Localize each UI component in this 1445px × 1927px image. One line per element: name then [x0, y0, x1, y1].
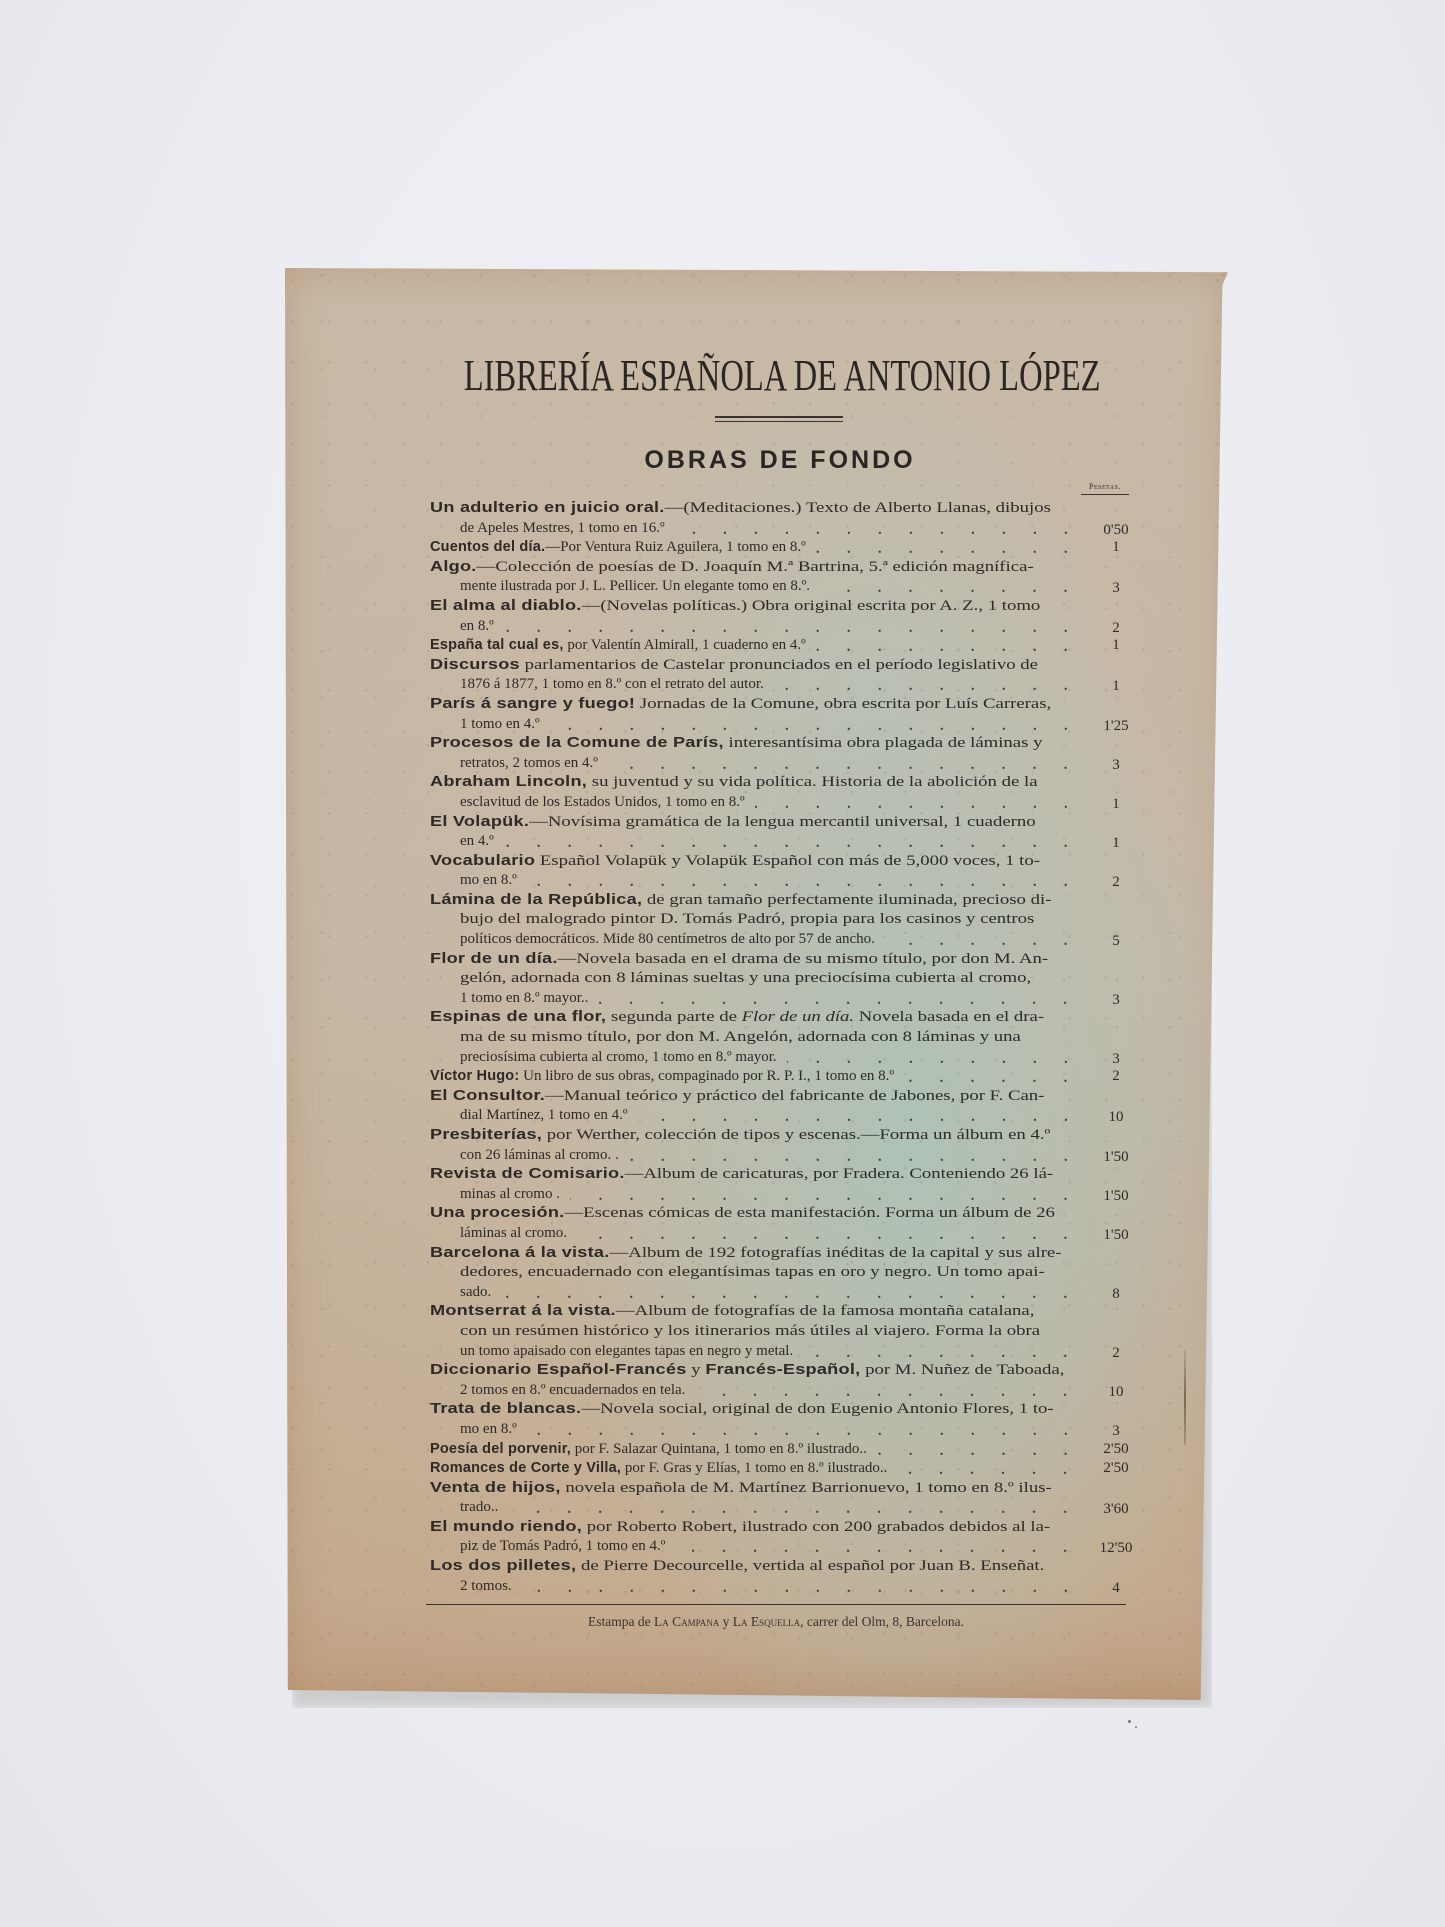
entry-continuation-line: mo en 8.º2 [430, 871, 1130, 891]
entry-description: minas al cromo . [460, 1186, 560, 1202]
entry-text: Una procesión.—Escenas cómicas de esta m… [430, 1204, 1055, 1224]
footer-publisher-2: La Esquella [733, 1614, 800, 1629]
entry-continuation-line: 1 tomo en 4.º1'25 [430, 715, 1130, 735]
entry-text: ma de su mismo título, por don M. Angeló… [460, 1028, 1021, 1048]
entry-description: bujo del malogrado pintor D. Tomás Padró… [460, 911, 1034, 927]
entry-title: El mundo riendo, [430, 1519, 582, 1535]
entry-text: Lámina de la República, de gran tamaño p… [430, 891, 1051, 911]
entry-first-line: Vocabulario Español Volapük y Volapük Es… [430, 852, 1130, 872]
catalog-entry: Trata de blancas.—Novela social, origina… [430, 1400, 1130, 1439]
entry-title: Barcelona á la vista. [430, 1245, 610, 1261]
dot-leader [508, 1498, 1078, 1518]
entry-description: segunda parte de [606, 1009, 741, 1025]
entry-text: Presbiterías, por Werther, colección de … [430, 1126, 1050, 1146]
entry-first-line: España tal cual es, por Valentín Almiral… [430, 636, 1130, 656]
entry-text: Poesía del porvenir, por F. Salazar Quin… [430, 1440, 867, 1460]
entry-text: El Volapük.—Novísima gramática de la len… [430, 813, 1036, 833]
entry-continuation-line: gelón, adornada con 8 láminas sueltas y … [430, 969, 1130, 989]
entry-title: España tal cual es, [430, 637, 564, 653]
footer-prefix: Estampa de [588, 1614, 654, 1629]
dot-leader [550, 715, 1078, 735]
entry-description: en 4.º [460, 833, 494, 849]
entry-description: por Werther, colección de tipos y escena… [542, 1127, 1050, 1143]
entry-text: retratos, 2 tomos en 4.º [460, 754, 598, 774]
entry-title: Víctor Hugo: [430, 1068, 519, 1084]
catalog-entry: El Consultor.—Manual teórico y práctico … [430, 1087, 1130, 1126]
entry-continuation-line: políticos democráticos. Mide 80 centímet… [430, 930, 1130, 950]
entry-description: dedores, encuadernado con elegantísimas … [460, 1264, 1045, 1280]
entry-title: Procesos de la Comune de París, [430, 735, 724, 751]
entry-description: con 26 láminas al cromo. . [460, 1147, 619, 1163]
dot-leader [629, 1146, 1078, 1166]
entry-text: El Consultor.—Manual teórico y práctico … [430, 1087, 1044, 1107]
dot-leader [897, 1459, 1078, 1479]
catalog-entry: Procesos de la Comune de París, interesa… [430, 734, 1130, 773]
catalog-entry: Espinas de una flor, segunda parte de Fl… [430, 1008, 1130, 1067]
entry-description: de Pierre Decourcelle, vertida al españo… [576, 1558, 1044, 1574]
entry-first-line: París á sangre y fuego! Jornadas de la C… [430, 695, 1130, 715]
entry-description: de Apeles Mestres, 1 tomo en 16.º [460, 520, 665, 536]
catalog-entry: Venta de hijos, novela española de M. Ma… [430, 1479, 1130, 1518]
entry-title: Abraham Lincoln, [430, 774, 587, 790]
entry-continuation-line: retratos, 2 tomos en 4.º3 [430, 754, 1130, 774]
entry-continuation-line: un tomo apaisado con elegantes tapas en … [430, 1342, 1130, 1362]
entry-description: Novela basada en el dra- [854, 1009, 1044, 1025]
entry-first-line: El Consultor.—Manual teórico y práctico … [430, 1087, 1130, 1107]
dot-leader [695, 1381, 1078, 1401]
entry-text: bujo del malogrado pintor D. Tomás Padró… [460, 910, 1034, 930]
entry-price: 1 [1080, 538, 1152, 558]
entry-continuation-line: esclavitud de los Estados Unidos, 1 tomo… [430, 793, 1130, 813]
catalog-list: Un adulterio en juicio oral.—(Meditacion… [430, 499, 1130, 1596]
footer-rule [426, 1604, 1126, 1605]
entry-text: Venta de hijos, novela española de M. Ma… [430, 1479, 1052, 1499]
entry-continuation-line: con un resúmen histórico y los itinerari… [430, 1322, 1130, 1342]
dot-leader [787, 1048, 1078, 1068]
entry-first-line: El mundo riendo, por Roberto Robert, ilu… [430, 1518, 1130, 1538]
entry-description: un tomo apaisado con elegantes tapas en … [460, 1343, 793, 1359]
printer-footer: Estampa de La Campana y La Esquella, car… [426, 1613, 1126, 1631]
entry-text: con un resúmen histórico y los itinerari… [460, 1322, 1040, 1342]
entry-description: piz de Tomás Padró, 1 tomo en 4.º [460, 1538, 665, 1554]
entry-continuation-line: dial Martínez, 1 tomo en 4.º10 [430, 1106, 1130, 1126]
entry-text: con 26 láminas al cromo. . [460, 1146, 619, 1166]
entry-description: Un libro de sus obras, compaginado por R… [519, 1068, 894, 1084]
entry-text: trado.. [460, 1498, 498, 1518]
entry-description: trado.. [460, 1499, 498, 1515]
entry-description: —(Novelas políticas.) Obra original escr… [582, 598, 1041, 614]
entry-text: Trata de blancas.—Novela social, origina… [430, 1400, 1054, 1420]
entry-description: —Colección de poesías de D. Joaquín M.ª … [477, 559, 1034, 575]
dot-leader [820, 577, 1078, 597]
entry-description: —Album de 192 fotografías inéditas de la… [610, 1245, 1062, 1261]
catalog-entry: Abraham Lincoln, su juventud y su vida p… [430, 773, 1130, 812]
catalog-entry: Algo.—Colección de poesías de D. Joaquín… [430, 558, 1130, 597]
entry-text: 2 tomos en 8.º encuadernados en tela. [460, 1381, 685, 1401]
entry-continuation-line: en 4.º1 [430, 832, 1130, 852]
entry-continuation-line: bujo del malogrado pintor D. Tomás Padró… [430, 910, 1130, 930]
dot-leader [577, 1224, 1078, 1244]
dot-leader [527, 871, 1078, 891]
entry-title: París á sangre y fuego! [430, 696, 635, 712]
dot-leader [522, 1577, 1078, 1597]
entry-description: dial Martínez, 1 tomo en 4.º [460, 1107, 628, 1123]
entry-first-line: Abraham Lincoln, su juventud y su vida p… [430, 773, 1130, 793]
entry-text: Barcelona á la vista.—Album de 192 fotog… [430, 1244, 1062, 1264]
entry-text: en 4.º [460, 832, 494, 852]
entry-title: Venta de hijos, [430, 1480, 561, 1496]
entry-title: Un adulterio en juicio oral. [430, 500, 665, 516]
entry-text: Discursos parlamentarios de Castelar pro… [430, 656, 1038, 676]
background-speck [1135, 1726, 1137, 1728]
entry-text: Los dos pilletes, de Pierre Decourcelle,… [430, 1557, 1044, 1577]
entry-first-line: El alma al diablo.—(Novelas políticas.) … [430, 597, 1130, 617]
catalog-entry: Poesía del porvenir, por F. Salazar Quin… [430, 1440, 1130, 1460]
entry-title: Revista de Comisario. [430, 1166, 625, 1182]
entry-text: láminas al cromo. [460, 1224, 567, 1244]
entry-first-line: Diccionario Español-Francés y Francés-Es… [430, 1361, 1130, 1381]
entry-description: mo en 8.º [460, 1421, 517, 1437]
entry-continuation-line: trado..3'60 [430, 1498, 1130, 1518]
entry-description: sado. [460, 1284, 491, 1300]
dot-leader [816, 636, 1078, 656]
entry-description: —(Meditaciones.) Texto de Alberto Llanas… [665, 500, 1051, 516]
entry-title: Una procesión. [430, 1205, 564, 1221]
entry-continuation-line: ma de su mismo título, por don M. Angeló… [430, 1028, 1130, 1048]
entry-price: 2 [1080, 1067, 1152, 1087]
entry-text: políticos democráticos. Mide 80 centímet… [460, 930, 875, 950]
dot-leader [570, 1185, 1078, 1205]
entry-description: mo en 8.º [460, 872, 517, 888]
entry-description: 1 tomo en 4.º [460, 716, 540, 732]
entry-first-line: Venta de hijos, novela española de M. Ma… [430, 1479, 1130, 1499]
entry-text: Espinas de una flor, segunda parte de Fl… [430, 1008, 1044, 1028]
section-title: OBRAS DE FONDO [420, 445, 1140, 475]
entry-title: Discursos [430, 657, 520, 673]
entry-description: —Por Ventura Ruiz Aguilera, 1 tomo en 8.… [545, 539, 806, 555]
catalog-entry: Revista de Comisario.—Album de caricatur… [430, 1165, 1130, 1204]
dot-leader [527, 1420, 1078, 1440]
entry-continuation-line: 2 tomos.4 [430, 1577, 1130, 1597]
entry-title: Diccionario Español-Francés [430, 1362, 687, 1378]
entry-description: —Novela social, original de don Eugenio … [581, 1401, 1053, 1417]
entry-text: en 8.º [460, 617, 494, 637]
entry-continuation-line: piz de Tomás Padró, 1 tomo en 4.º12'50 [430, 1537, 1130, 1557]
entry-first-line: Una procesión.—Escenas cómicas de esta m… [430, 1204, 1130, 1224]
entry-continuation-line: láminas al cromo.1'50 [430, 1224, 1130, 1244]
entry-text: Revista de Comisario.—Album de caricatur… [430, 1165, 1053, 1185]
entry-description: y [687, 1362, 706, 1378]
entry-first-line: Poesía del porvenir, por F. Salazar Quin… [430, 1440, 1130, 1460]
entry-description: 2 tomos en 8.º encuadernados en tela. [460, 1382, 685, 1398]
entry-continuation-line: 2 tomos en 8.º encuadernados en tela.10 [430, 1381, 1130, 1401]
entry-first-line: Procesos de la Comune de París, interesa… [430, 734, 1130, 754]
catalog-entry: Discursos parlamentarios de Castelar pro… [430, 656, 1130, 695]
entry-description: 1876 á 1877, 1 tomo en 8.º con el retrat… [460, 676, 764, 692]
entry-continuation-line: con 26 láminas al cromo. .1'50 [430, 1146, 1130, 1166]
dot-leader [877, 1440, 1078, 1460]
entry-title: Trata de blancas. [430, 1401, 581, 1417]
entry-text: Flor de un día.—Novela basada en el dram… [430, 950, 1048, 970]
entry-text: 1 tomo en 4.º [460, 715, 540, 735]
footer-publisher-1: La Campana [654, 1614, 719, 1629]
entry-first-line: Romances de Corte y Villa, por F. Gras y… [430, 1459, 1130, 1479]
entry-continuation-line: mo en 8.º3 [430, 1420, 1130, 1440]
entry-title: Presbiterías, [430, 1127, 542, 1143]
entry-title: Montserrat á la vista. [430, 1303, 616, 1319]
entry-text: mo en 8.º [460, 871, 517, 891]
entry-first-line: Algo.—Colección de poesías de D. Joaquín… [430, 558, 1130, 578]
entry-title: Romances de Corte y Villa, [430, 1460, 621, 1476]
entry-first-line: Presbiterías, por Werther, colección de … [430, 1126, 1130, 1146]
entry-text: preciosísima cubierta al cromo, 1 tomo e… [460, 1048, 777, 1068]
entry-text: dial Martínez, 1 tomo en 4.º [460, 1106, 628, 1126]
catalog-entry: Los dos pilletes, de Pierre Decourcelle,… [430, 1557, 1130, 1596]
catalog-entry: Una procesión.—Escenas cómicas de esta m… [430, 1204, 1130, 1243]
entry-continuation-line: mente ilustrada por J. L. Pellicer. Un e… [430, 577, 1130, 597]
dot-leader [675, 519, 1078, 539]
entry-first-line: El Volapük.—Novísima gramática de la len… [430, 813, 1130, 833]
entry-text: 1876 á 1877, 1 tomo en 8.º con el retrat… [460, 675, 764, 695]
catalog-entry: El alma al diablo.—(Novelas políticas.) … [430, 597, 1130, 636]
catalog-entry: El mundo riendo, por Roberto Robert, ilu… [430, 1518, 1130, 1557]
entry-description: 1 tomo en 8.º mayor.. [460, 990, 588, 1006]
entry-description: su juventud y su vida política. Historia… [587, 774, 1037, 790]
entry-continuation-line: dedores, encuadernado con elegantísimas … [430, 1263, 1130, 1283]
footer-address: , carrer del Olm, 8, Barcelona. [800, 1614, 964, 1629]
dot-leader [638, 1106, 1078, 1126]
entry-text: Montserrat á la vista.—Album de fotograf… [430, 1302, 1034, 1322]
entry-first-line: Espinas de una flor, segunda parte de Fl… [430, 1008, 1130, 1028]
entry-first-line: Flor de un día.—Novela basada en el dram… [430, 950, 1130, 970]
entry-first-line: Un adulterio en juicio oral.—(Meditacion… [430, 499, 1130, 519]
dot-leader [608, 754, 1078, 774]
background-speck [1128, 1720, 1131, 1723]
entry-text: El mundo riendo, por Roberto Robert, ilu… [430, 1518, 1050, 1538]
entry-description: —Manual teórico y práctico del fabricant… [545, 1088, 1044, 1104]
entry-first-line: Los dos pilletes, de Pierre Decourcelle,… [430, 1557, 1130, 1577]
dot-leader [816, 538, 1078, 558]
catalog-entry: Cuentos del día.—Por Ventura Ruiz Aguile… [430, 538, 1130, 558]
entry-italic-title: Flor de un día. [742, 1009, 855, 1025]
entry-first-line: Lámina de la República, de gran tamaño p… [430, 891, 1130, 911]
entry-description: ma de su mismo título, por don M. Angeló… [460, 1029, 1021, 1045]
entry-text: 1 tomo en 8.º mayor.. [460, 989, 588, 1009]
entry-continuation-line: 1876 á 1877, 1 tomo en 8.º con el retrat… [430, 675, 1130, 695]
catalog-entry: Un adulterio en juicio oral.—(Meditacion… [430, 499, 1130, 538]
entry-description: 2 tomos. [460, 1578, 512, 1594]
entry-price: 4 [1080, 1579, 1152, 1599]
entry-description: —Escenas cómicas de esta manifestación. … [564, 1205, 1054, 1221]
entry-first-line: Cuentos del día.—Por Ventura Ruiz Aguile… [430, 538, 1130, 558]
entry-text: Cuentos del día.—Por Ventura Ruiz Aguile… [430, 538, 806, 558]
entry-text: París á sangre y fuego! Jornadas de la C… [430, 695, 1051, 715]
entry-description: por Valentín Almirall, 1 cuaderno en 4.º [564, 637, 806, 653]
entry-text: de Apeles Mestres, 1 tomo en 16.º [460, 519, 665, 539]
entry-text: mo en 8.º [460, 1420, 517, 1440]
catalog-entry: Presbiterías, por Werther, colección de … [430, 1126, 1130, 1165]
entry-title: Flor de un día. [430, 951, 558, 967]
entry-text: un tomo apaisado con elegantes tapas en … [460, 1342, 793, 1362]
entry-description: por F. Salazar Quintana, 1 tomo en 8.º i… [571, 1441, 867, 1457]
entry-description: Español Volapük y Volapük Español con má… [535, 853, 1040, 869]
entry-continuation-line: preciosísima cubierta al cromo, 1 tomo e… [430, 1048, 1130, 1068]
entry-title: Los dos pilletes, [430, 1558, 576, 1574]
entry-first-line: Discursos parlamentarios de Castelar pro… [430, 656, 1130, 676]
catalog-entry: El Volapük.—Novísima gramática de la len… [430, 813, 1130, 852]
entry-title: Poesía del porvenir, [430, 1441, 571, 1457]
dot-leader [504, 617, 1078, 637]
entry-text: Vocabulario Español Volapük y Volapük Es… [430, 852, 1040, 872]
catalog-entry: Flor de un día.—Novela basada en el dram… [430, 950, 1130, 1009]
entry-first-line: Víctor Hugo: Un libro de sus obras, comp… [430, 1067, 1130, 1087]
dot-leader [598, 989, 1078, 1009]
entry-description: novela española de M. Martínez Barrionue… [561, 1480, 1052, 1496]
entry-description: esclavitud de los Estados Unidos, 1 tomo… [460, 794, 745, 810]
entry-text: Algo.—Colección de poesías de D. Joaquín… [430, 558, 1034, 578]
footer-conjunction: y [719, 1614, 733, 1629]
entry-description: parlamentarios de Castelar pronunciados … [520, 657, 1038, 673]
entry-description: —Album de caricaturas, por Fradera. Cont… [625, 1166, 1054, 1182]
entry-text: gelón, adornada con 8 láminas sueltas y … [460, 969, 1031, 989]
catalog-entry: Lámina de la República, de gran tamaño p… [430, 891, 1130, 950]
bookshop-title: LIBRERÍA ESPAÑOLA DE ANTONIO LÓPEZ [428, 352, 1136, 400]
dot-leader [755, 793, 1078, 813]
entry-title: El Volapük. [430, 814, 529, 830]
dot-leader [504, 832, 1078, 852]
catalog-entry: Vocabulario Español Volapük y Volapük Es… [430, 852, 1130, 891]
entry-text: Víctor Hugo: Un libro de sus obras, comp… [430, 1067, 894, 1087]
entry-title: El Consultor. [430, 1088, 545, 1104]
entry-first-line: Barcelona á la vista.—Album de 192 fotog… [430, 1244, 1130, 1264]
entry-description: mente ilustrada por J. L. Pellicer. Un e… [460, 578, 810, 594]
title-double-rule [715, 416, 843, 422]
dot-leader [904, 1067, 1078, 1087]
entry-first-line: Trata de blancas.—Novela social, origina… [430, 1400, 1130, 1420]
entry-first-line: Montserrat á la vista.—Album de fotograf… [430, 1302, 1130, 1322]
dot-leader [885, 930, 1078, 950]
price-column-header: Pesetas. [1081, 480, 1129, 495]
dot-leader [774, 675, 1078, 695]
catalog-entry: París á sangre y fuego! Jornadas de la C… [430, 695, 1130, 734]
catalog-entry: Romances de Corte y Villa, por F. Gras y… [430, 1459, 1130, 1479]
entry-description: —Album de fotografías de la famosa monta… [616, 1303, 1035, 1319]
entry-description: de gran tamaño perfectamente iluminada, … [642, 892, 1051, 908]
entry-title: El alma al diablo. [430, 598, 582, 614]
entry-description: Jornadas de la Comune, obra escrita por … [635, 696, 1051, 712]
catalog-entry: Víctor Hugo: Un libro de sus obras, comp… [430, 1067, 1130, 1087]
catalog-entry: Barcelona á la vista.—Album de 192 fotog… [430, 1244, 1130, 1303]
entry-description: preciosísima cubierta al cromo, 1 tomo e… [460, 1049, 777, 1065]
entry-description: —Novela basada en el drama de su mismo t… [558, 951, 1049, 967]
entry-title: Francés-Español, [705, 1362, 860, 1378]
entry-text: Diccionario Español-Francés y Francés-Es… [430, 1361, 1064, 1381]
entry-text: Procesos de la Comune de París, interesa… [430, 734, 1043, 754]
entry-text: Un adulterio en juicio oral.—(Meditacion… [430, 499, 1051, 519]
entry-description: políticos democráticos. Mide 80 centímet… [460, 931, 875, 947]
entry-first-line: Revista de Comisario.—Album de caricatur… [430, 1165, 1130, 1185]
paper-crease [1184, 1350, 1186, 1445]
entry-description: por Roberto Robert, ilustrado con 200 gr… [582, 1519, 1050, 1535]
entry-text: 2 tomos. [460, 1577, 512, 1597]
entry-description: interesantísima obra plagada de láminas … [724, 735, 1043, 751]
entry-text: minas al cromo . [460, 1185, 560, 1205]
entry-text: piz de Tomás Padró, 1 tomo en 4.º [460, 1537, 665, 1557]
entry-text: El alma al diablo.—(Novelas políticas.) … [430, 597, 1040, 617]
catalog-entry: Diccionario Español-Francés y Francés-Es… [430, 1361, 1130, 1400]
entry-title: Lámina de la República, [430, 892, 642, 908]
entry-continuation-line: sado.8 [430, 1283, 1130, 1303]
entry-text: esclavitud de los Estados Unidos, 1 tomo… [460, 793, 745, 813]
entry-text: España tal cual es, por Valentín Almiral… [430, 636, 806, 656]
entry-text: dedores, encuadernado con elegantísimas … [460, 1263, 1045, 1283]
entry-continuation-line: 1 tomo en 8.º mayor..3 [430, 989, 1130, 1009]
entry-continuation-line: de Apeles Mestres, 1 tomo en 16.º0'50 [430, 519, 1130, 539]
entry-description: por M. Nuñez de Taboada, [860, 1362, 1064, 1378]
catalog-entry: España tal cual es, por Valentín Almiral… [430, 636, 1130, 656]
entry-text: mente ilustrada por J. L. Pellicer. Un e… [460, 577, 810, 597]
entry-title: Cuentos del día. [430, 539, 545, 555]
entry-description: gelón, adornada con 8 láminas sueltas y … [460, 970, 1031, 986]
entry-title: Espinas de una flor, [430, 1009, 606, 1025]
entry-description: en 8.º [460, 618, 494, 634]
entry-price: 2'50 [1080, 1459, 1152, 1479]
entry-text: Romances de Corte y Villa, por F. Gras y… [430, 1459, 887, 1479]
entry-continuation-line: en 8.º2 [430, 617, 1130, 637]
catalog-entry: Montserrat á la vista.—Album de fotograf… [430, 1302, 1130, 1361]
entry-description: láminas al cromo. [460, 1225, 567, 1241]
entry-description: con un resúmen histórico y los itinerari… [460, 1323, 1040, 1339]
entry-continuation-line: minas al cromo .1'50 [430, 1185, 1130, 1205]
entry-title: Vocabulario [430, 853, 535, 869]
entry-description: por F. Gras y Elías, 1 tomo en 8.º ilust… [621, 1460, 887, 1476]
entry-text: Abraham Lincoln, su juventud y su vida p… [430, 773, 1038, 793]
dot-leader [501, 1283, 1078, 1303]
entry-price: 2'50 [1080, 1440, 1152, 1460]
dot-leader [675, 1537, 1078, 1557]
entry-title: Algo. [430, 559, 477, 575]
entry-price: 1 [1080, 636, 1152, 656]
dot-leader [803, 1342, 1078, 1362]
entry-description: —Novísima gramática de la lengua mercant… [529, 814, 1036, 830]
entry-text: sado. [460, 1283, 491, 1303]
entry-description: retratos, 2 tomos en 4.º [460, 755, 598, 771]
